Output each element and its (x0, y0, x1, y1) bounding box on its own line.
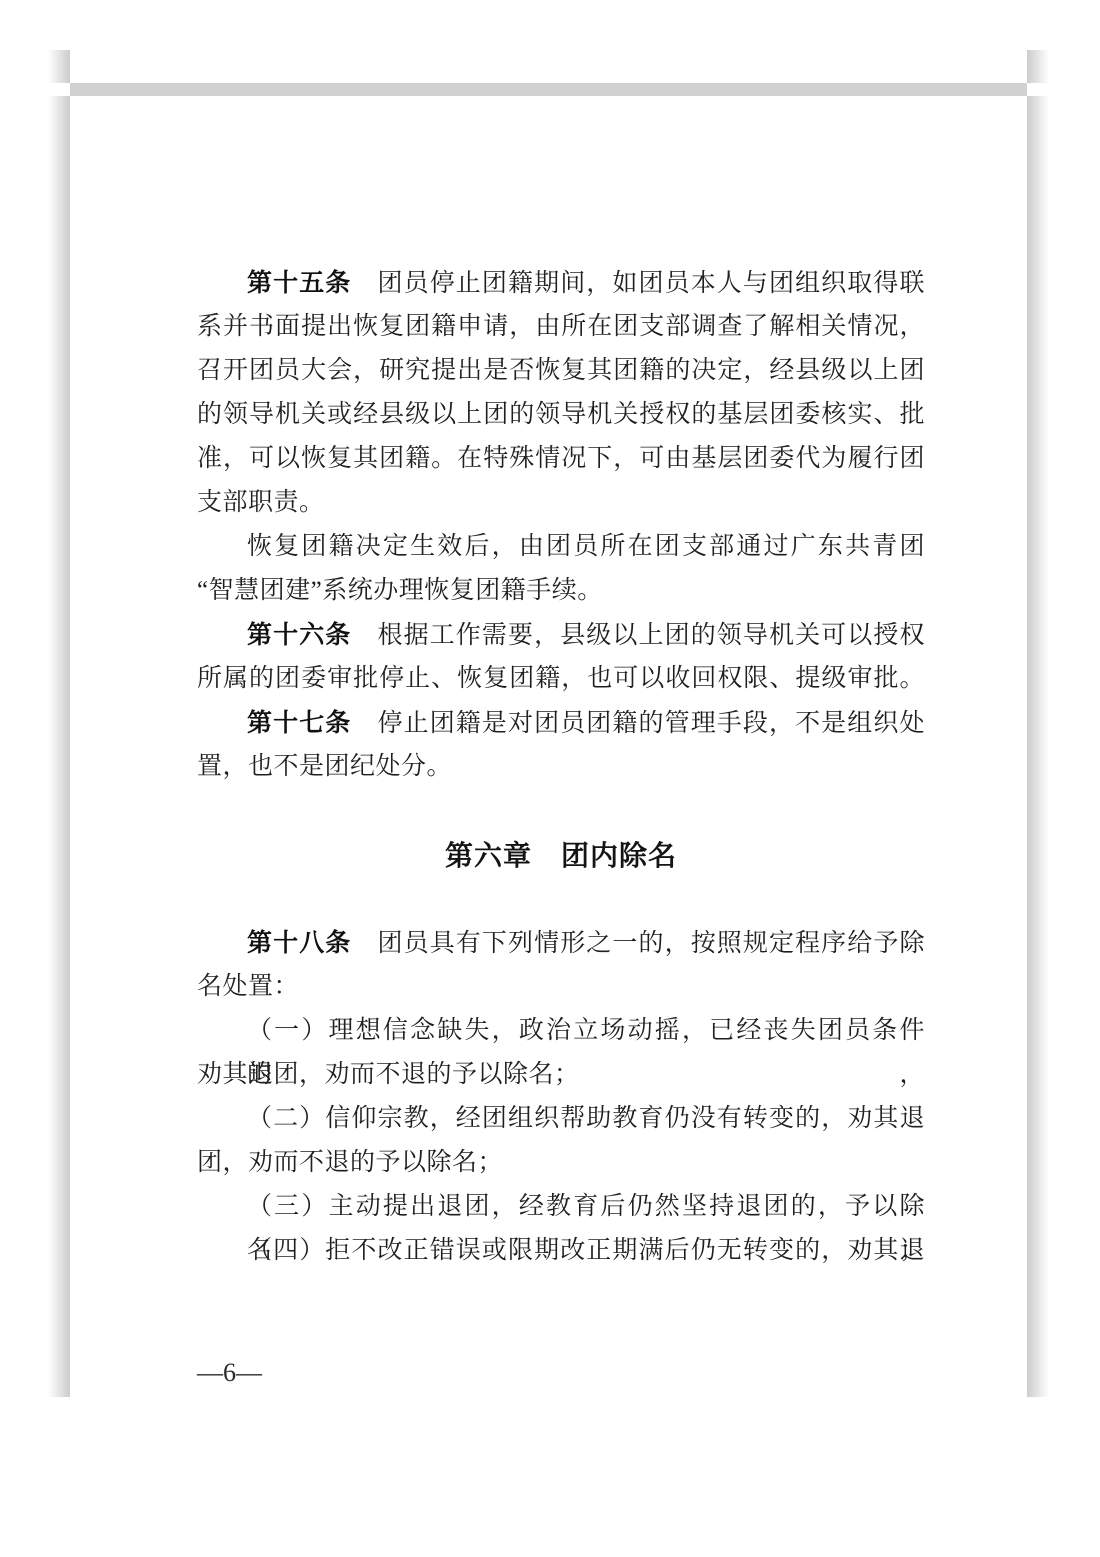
page-separator (70, 83, 1027, 96)
text-line: 第十六条 根据工作需要，县级以上团的领导机关可以授权 (197, 613, 925, 657)
page-number: —6— (197, 1358, 262, 1388)
paragraph: 第十五条 团员停止团籍期间，如团员本人与团组织取得联系并书面提出恢复团籍申请，由… (197, 261, 925, 525)
paragraph: （二）信仰宗教，经团组织帮助教育仍没有转变的，劝其退团，劝而不退的予以除名； (197, 1097, 925, 1185)
text-line: 支部职责。 (197, 481, 925, 525)
article-number: 第十八条 (247, 929, 351, 957)
paragraph: （一）理想信念缺失，政治立场动摇，已经丧失团员条件的，劝其退团，劝而不退的予以除… (197, 1009, 925, 1097)
article-number: 第十六条 (247, 621, 351, 649)
document-page: 第十五条 团员停止团籍期间，如团员本人与团组织取得联系并书面提出恢复团籍申请，由… (70, 96, 1027, 1397)
text-line: 第十七条 停止团籍是对团员团籍的管理手段，不是组织处 (197, 701, 925, 745)
text-line: （四）拒不改正错误或限期改正期满后仍无转变的，劝其退 (197, 1229, 925, 1273)
paragraph: 第十八条 团员具有下列情形之一的，按照规定程序给予除名处置： (197, 921, 925, 1009)
text-line: （三）主动提出退团，经教育后仍然坚持退团的，予以除名； (197, 1185, 925, 1229)
text-line: 的领导机关或经县级以上团的领导机关授权的基层团委核实、批 (197, 393, 925, 437)
text-line: 所属的团委审批停止、恢复团籍，也可以收回权限、提级审批。 (197, 657, 925, 701)
viewer-background: 第十五条 团员停止团籍期间，如团员本人与团组织取得联系并书面提出恢复团籍申请，由… (0, 0, 1100, 1557)
chapter-heading: 第六章 团内除名 (197, 834, 925, 878)
paragraph: （四）拒不改正错误或限期改正期满后仍无转变的，劝其退 (197, 1229, 925, 1273)
text-line: 恢复团籍决定生效后，由团员所在团支部通过广东共青团 (197, 525, 925, 569)
paragraph: （三）主动提出退团，经教育后仍然坚持退团的，予以除名； (197, 1185, 925, 1229)
page-content: 第十五条 团员停止团籍期间，如团员本人与团组织取得联系并书面提出恢复团籍申请，由… (197, 261, 925, 1273)
text-line: “智慧团建”系统办理恢复团籍手续。 (197, 569, 925, 613)
text-line: 系并书面提出恢复团籍申请，由所在团支部调查了解相关情况， (197, 305, 925, 349)
article-number: 第十五条 (247, 269, 351, 297)
paragraph: 第十六条 根据工作需要，县级以上团的领导机关可以授权所属的团委审批停止、恢复团籍… (197, 613, 925, 701)
text-line: 第十五条 团员停止团籍期间，如团员本人与团组织取得联 (197, 261, 925, 305)
paragraph: 第十七条 停止团籍是对团员团籍的管理手段，不是组织处置，也不是团纪处分。 (197, 701, 925, 789)
text-line: 名处置： (197, 965, 925, 1009)
paragraph: 恢复团籍决定生效后，由团员所在团支部通过广东共青团“智慧团建”系统办理恢复团籍手… (197, 525, 925, 613)
text-line: 团，劝而不退的予以除名； (197, 1141, 925, 1185)
text-line: （一）理想信念缺失，政治立场动摇，已经丧失团员条件的， (197, 1009, 925, 1053)
text-line: 第十八条 团员具有下列情形之一的，按照规定程序给予除 (197, 921, 925, 965)
text-line: 准，可以恢复其团籍。在特殊情况下，可由基层团委代为履行团 (197, 437, 925, 481)
article-number: 第十七条 (247, 709, 351, 737)
text-line: 召开团员大会，研究提出是否恢复其团籍的决定，经县级以上团 (197, 349, 925, 393)
text-line: （二）信仰宗教，经团组织帮助教育仍没有转变的，劝其退 (197, 1097, 925, 1141)
previous-page-fragment (70, 50, 1027, 83)
text-line: 置，也不是团纪处分。 (197, 745, 925, 789)
